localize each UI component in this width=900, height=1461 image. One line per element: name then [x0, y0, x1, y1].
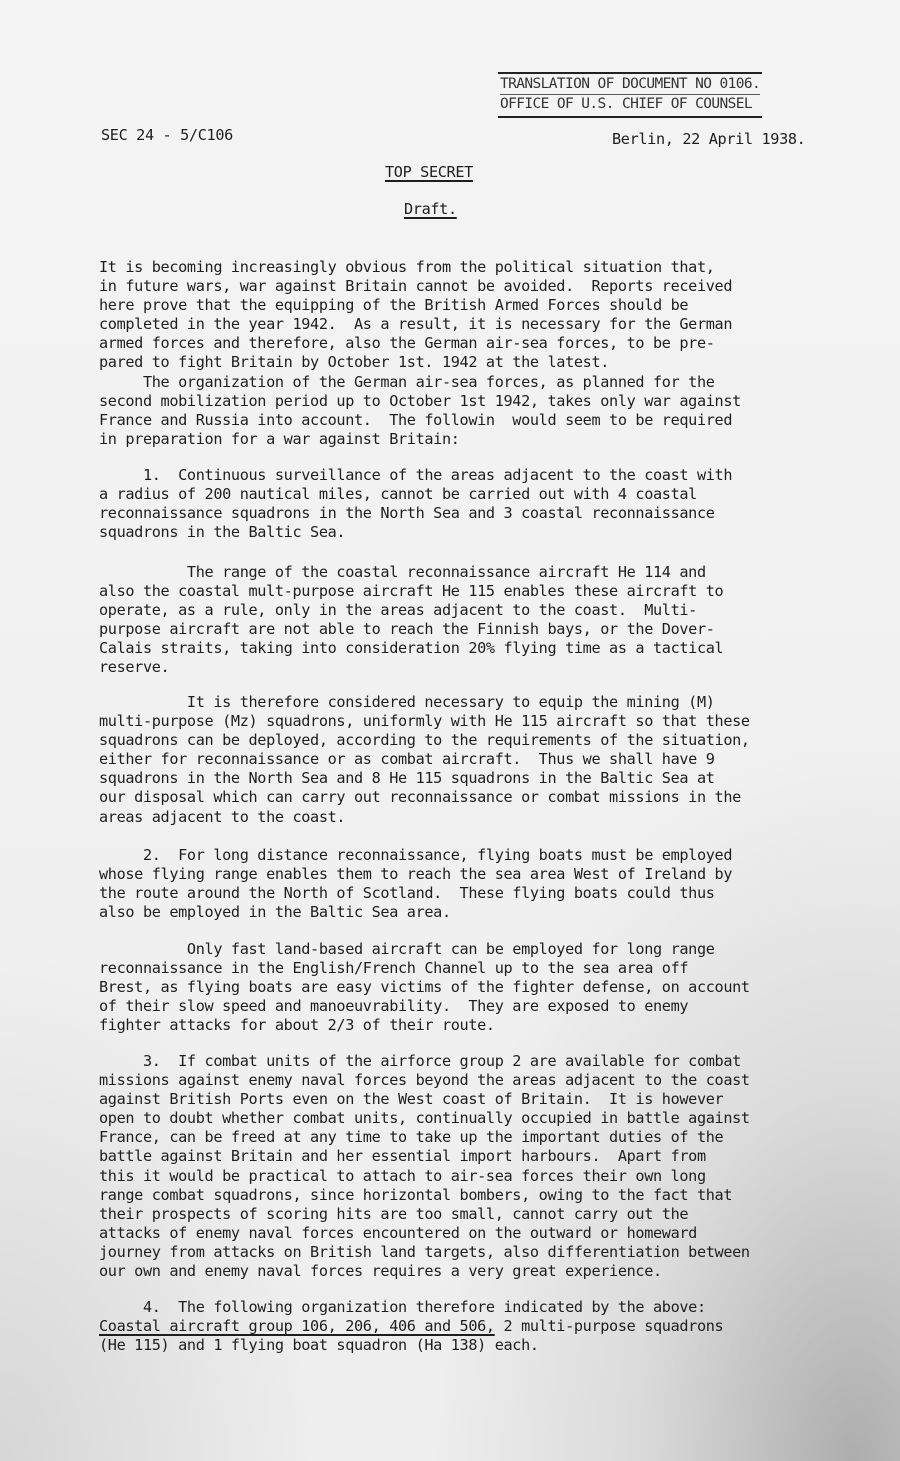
text-line: It is therefore considered necessary to …: [99, 693, 819, 712]
text-line: The range of the coastal reconnaissance …: [99, 563, 819, 582]
text-line: purpose aircraft are not able to reach t…: [99, 620, 819, 639]
text-line: operate, as a rule, only in the areas ad…: [99, 601, 819, 620]
text-line: reconnaissance squadrons in the North Se…: [99, 504, 819, 523]
text-line: It is becoming increasingly obvious from…: [99, 258, 819, 277]
text-line: the route around the North of Scotland. …: [99, 884, 819, 903]
text-line: Coastal aircraft group 106, 206, 406 and…: [99, 1317, 819, 1336]
point-3-paragraph: 3. If combat units of the airforce group…: [99, 1052, 819, 1281]
text-line: their prospects of scoring hits are too …: [99, 1205, 819, 1224]
translation-title: TRANSLATION OF DOCUMENT NO 0106.: [500, 75, 760, 95]
translation-stamp: TRANSLATION OF DOCUMENT NO 0106. OFFICE …: [498, 72, 762, 118]
text-line: Brest, as flying boats are easy victims …: [99, 978, 819, 997]
text-line: a radius of 200 nautical miles, cannot b…: [99, 485, 819, 504]
point-4-paragraph: 4. The following organization therefore …: [99, 1298, 819, 1355]
coastal-group-underlined: Coastal aircraft group 106, 206, 406 and…: [99, 1317, 495, 1335]
office-name: OFFICE OF U.S. CHIEF OF COUNSEL: [500, 95, 760, 114]
text-line: 3. If combat units of the airforce group…: [99, 1052, 819, 1071]
text-line: areas adjacent to the coast.: [99, 808, 819, 827]
text-line: in future wars, war against Britain cann…: [99, 277, 819, 296]
draft-label: Draft.: [404, 200, 457, 218]
text-line: completed in the year 1942. As a result,…: [99, 315, 819, 334]
text-line: reserve.: [99, 658, 819, 677]
point-1-paragraph: 1. Continuous surveillance of the areas …: [99, 466, 819, 542]
text-line: Only fast land-based aircraft can be emp…: [99, 940, 819, 959]
intro-paragraph: It is becoming increasingly obvious from…: [99, 258, 819, 449]
text-line: whose flying range enables them to reach…: [99, 865, 819, 884]
text-line: France and Russia into account. The foll…: [99, 411, 819, 430]
text-line: armed forces and therefore, also the Ger…: [99, 334, 819, 353]
text-line: squadrons in the Baltic Sea.: [99, 523, 819, 542]
text-line: battle against Britain and her essential…: [99, 1147, 819, 1166]
text-line: range combat squadrons, since horizontal…: [99, 1186, 819, 1205]
land-based-aircraft-paragraph: Only fast land-based aircraft can be emp…: [99, 940, 819, 1035]
text-line: multi-purpose (Mz) squadrons, uniformly …: [99, 712, 819, 731]
text-line: here prove that the equipping of the Bri…: [99, 296, 819, 315]
text-line: also be employed in the Baltic Sea area.: [99, 903, 819, 922]
text-line: also the coastal mult-purpose aircraft H…: [99, 582, 819, 601]
text-line: this it would be practical to attach to …: [99, 1167, 819, 1186]
text-line: our own and enemy naval forces requires …: [99, 1262, 819, 1281]
text-line: reconnaissance in the English/French Cha…: [99, 959, 819, 978]
text-line: open to doubt whether combat units, cont…: [99, 1109, 819, 1128]
text-line: squadrons in the North Sea and 8 He 115 …: [99, 769, 819, 788]
text-line: second mobilization period up to October…: [99, 392, 819, 411]
place-date: Berlin, 22 April 1938.: [612, 130, 805, 148]
text-line: our disposal which can carry out reconna…: [99, 788, 819, 807]
text-line: The organization of the German air-sea f…: [99, 373, 819, 392]
text-line: pared to fight Britain by October 1st. 1…: [99, 353, 819, 372]
text-line: fighter attacks for about 2/3 of their r…: [99, 1016, 819, 1035]
equip-squadrons-paragraph: It is therefore considered necessary to …: [99, 693, 819, 827]
text-line: of their slow speed and manoeuvrability.…: [99, 997, 819, 1016]
text-line: squadrons can be deployed, according to …: [99, 731, 819, 750]
text-line: (He 115) and 1 flying boat squadron (Ha …: [99, 1336, 819, 1355]
text-line: against British Ports even on the West c…: [99, 1090, 819, 1109]
point-2-paragraph: 2. For long distance reconnaissance, fly…: [99, 846, 819, 922]
text-line: 2. For long distance reconnaissance, fly…: [99, 846, 819, 865]
text-line: 1. Continuous surveillance of the areas …: [99, 466, 819, 485]
document-reference: SEC 24 - 5/C106: [101, 126, 233, 144]
text-line: in preparation for a war against Britain…: [99, 430, 819, 449]
text-line: attacks of enemy naval forces encountere…: [99, 1224, 819, 1243]
text-line: France, can be freed at any time to take…: [99, 1128, 819, 1147]
text-line: missions against enemy naval forces beyo…: [99, 1071, 819, 1090]
text-line: journey from attacks on British land tar…: [99, 1243, 819, 1262]
scanned-document-page: TRANSLATION OF DOCUMENT NO 0106. OFFICE …: [0, 0, 900, 1461]
text-line: 4. The following organization therefore …: [99, 1298, 819, 1317]
text-line: Calais straits, taking into consideratio…: [99, 639, 819, 658]
aircraft-range-paragraph: The range of the coastal reconnaissance …: [99, 563, 819, 678]
text-segment: 2 multi-purpose squadrons: [495, 1317, 724, 1335]
classification-label: TOP SECRET: [385, 163, 473, 181]
text-line: either for reconnaissance or as combat a…: [99, 750, 819, 769]
